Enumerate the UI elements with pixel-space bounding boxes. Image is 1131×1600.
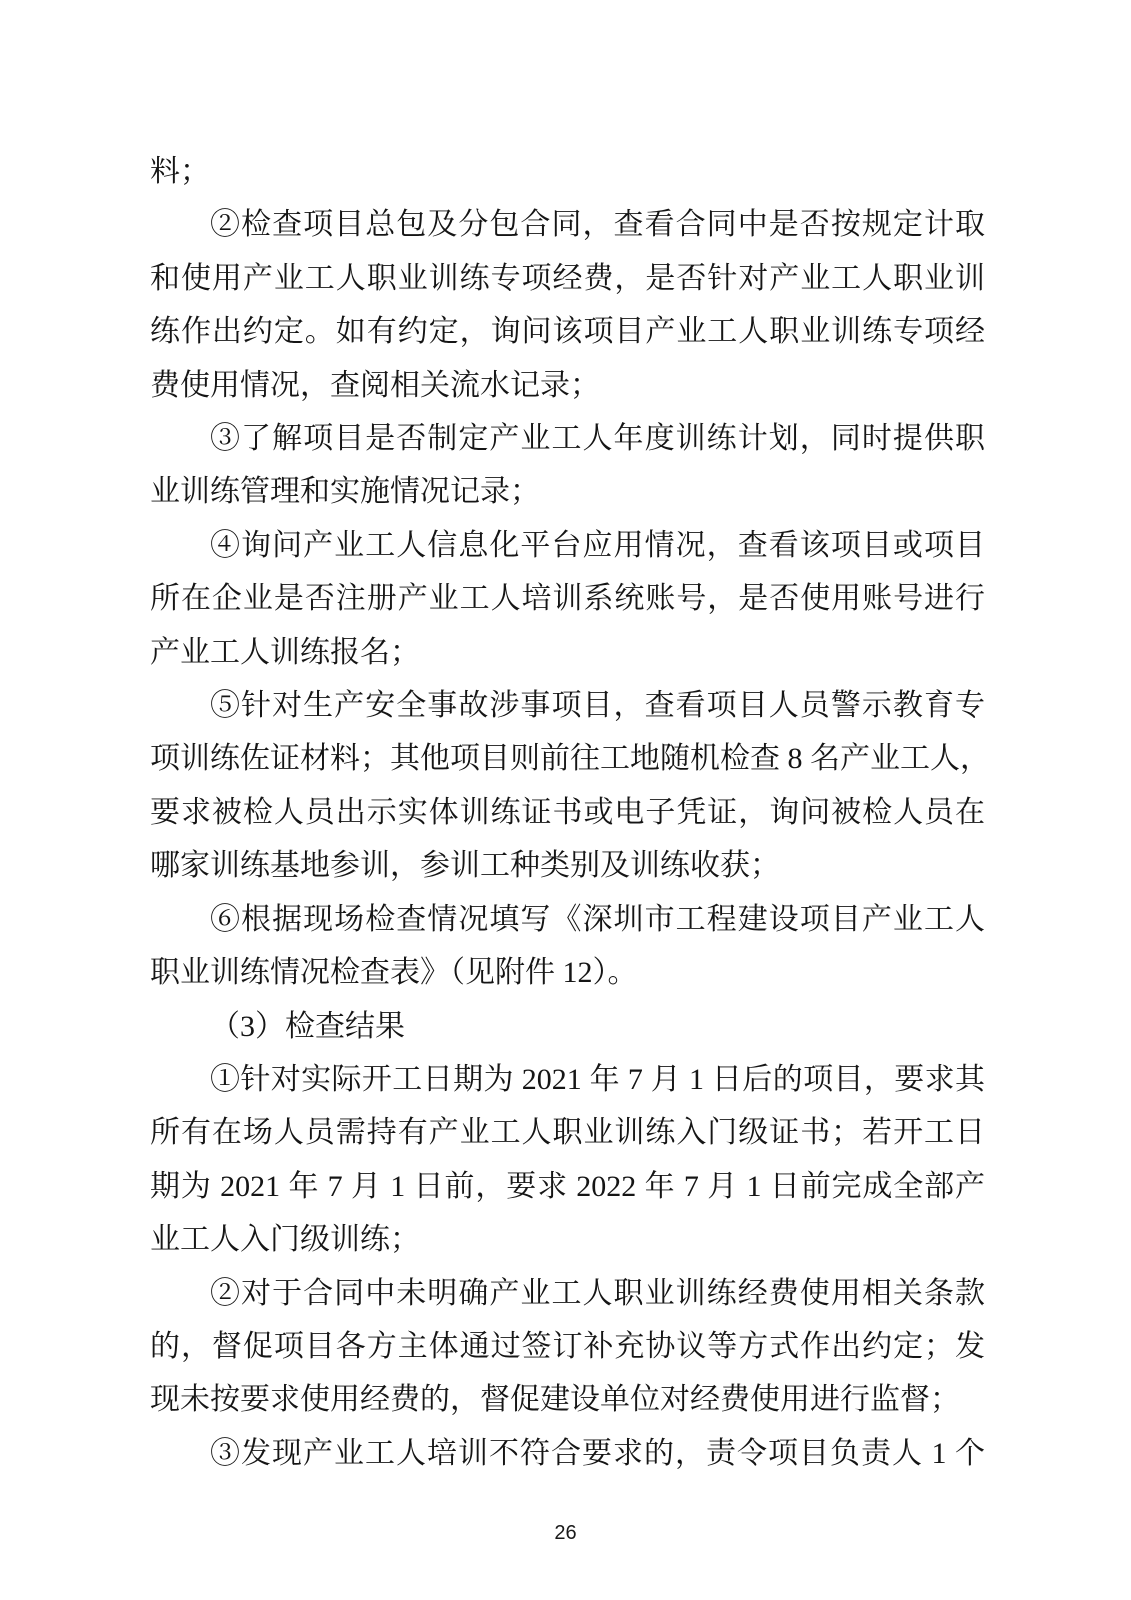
text-line: ②检查项目总包及分包合同，查看合同中是否按规定计取 <box>150 198 985 251</box>
text-line: ①针对实际开工日期为 2021 年 7 月 1 日后的项目，要求其 <box>150 1053 985 1106</box>
text-line: 哪家训练基地参训，参训工种类别及训练收获； <box>150 839 985 892</box>
text-block: 料；②检查项目总包及分包合同，查看合同中是否按规定计取和使用产业工人职业训练专项… <box>150 145 985 1480</box>
text-line: ③发现产业工人培训不符合要求的，责令项目负责人 1 个 <box>150 1427 985 1480</box>
text-line: ④询问产业工人信息化平台应用情况，查看该项目或项目 <box>150 519 985 572</box>
text-line: 产业工人训练报名； <box>150 626 985 679</box>
text-line: ⑤针对生产安全事故涉事项目，查看项目人员警示教育专 <box>150 679 985 732</box>
text-line: 现未按要求使用经费的，督促建设单位对经费使用进行监督； <box>150 1373 985 1426</box>
text-line: ②对于合同中未明确产业工人职业训练经费使用相关条款 <box>150 1267 985 1320</box>
text-line: 练作出约定。如有约定，询问该项目产业工人职业训练专项经 <box>150 305 985 358</box>
text-line: ⑥根据现场检查情况填写《深圳市工程建设项目产业工人 <box>150 893 985 946</box>
text-line: 所在企业是否注册产业工人培训系统账号，是否使用账号进行 <box>150 572 985 625</box>
text-line: （3）检查结果 <box>150 1000 985 1053</box>
text-line: 要求被检人员出示实体训练证书或电子凭证，询问被检人员在 <box>150 786 985 839</box>
page-number: 26 <box>0 1521 1131 1545</box>
text-line: 业工人入门级训练； <box>150 1213 985 1266</box>
text-line: 料； <box>150 145 985 198</box>
text-line: 职业训练情况检查表》（见附件 12）。 <box>150 946 985 999</box>
text-line: 的，督促项目各方主体通过签订补充协议等方式作出约定；发 <box>150 1320 985 1373</box>
text-line: 所有在场人员需持有产业工人职业训练入门级证书；若开工日 <box>150 1106 985 1159</box>
text-line: 和使用产业工人职业训练专项经费，是否针对产业工人职业训 <box>150 252 985 305</box>
text-line: 期为 2021 年 7 月 1 日前，要求 2022 年 7 月 1 日前完成全… <box>150 1160 985 1213</box>
text-line: 业训练管理和实施情况记录； <box>150 465 985 518</box>
text-line: 项训练佐证材料；其他项目则前往工地随机检查 8 名产业工人， <box>150 732 985 785</box>
document-page: 料；②检查项目总包及分包合同，查看合同中是否按规定计取和使用产业工人职业训练专项… <box>0 0 1131 1600</box>
text-line: ③了解项目是否制定产业工人年度训练计划，同时提供职 <box>150 412 985 465</box>
text-line: 费使用情况，查阅相关流水记录； <box>150 359 985 412</box>
